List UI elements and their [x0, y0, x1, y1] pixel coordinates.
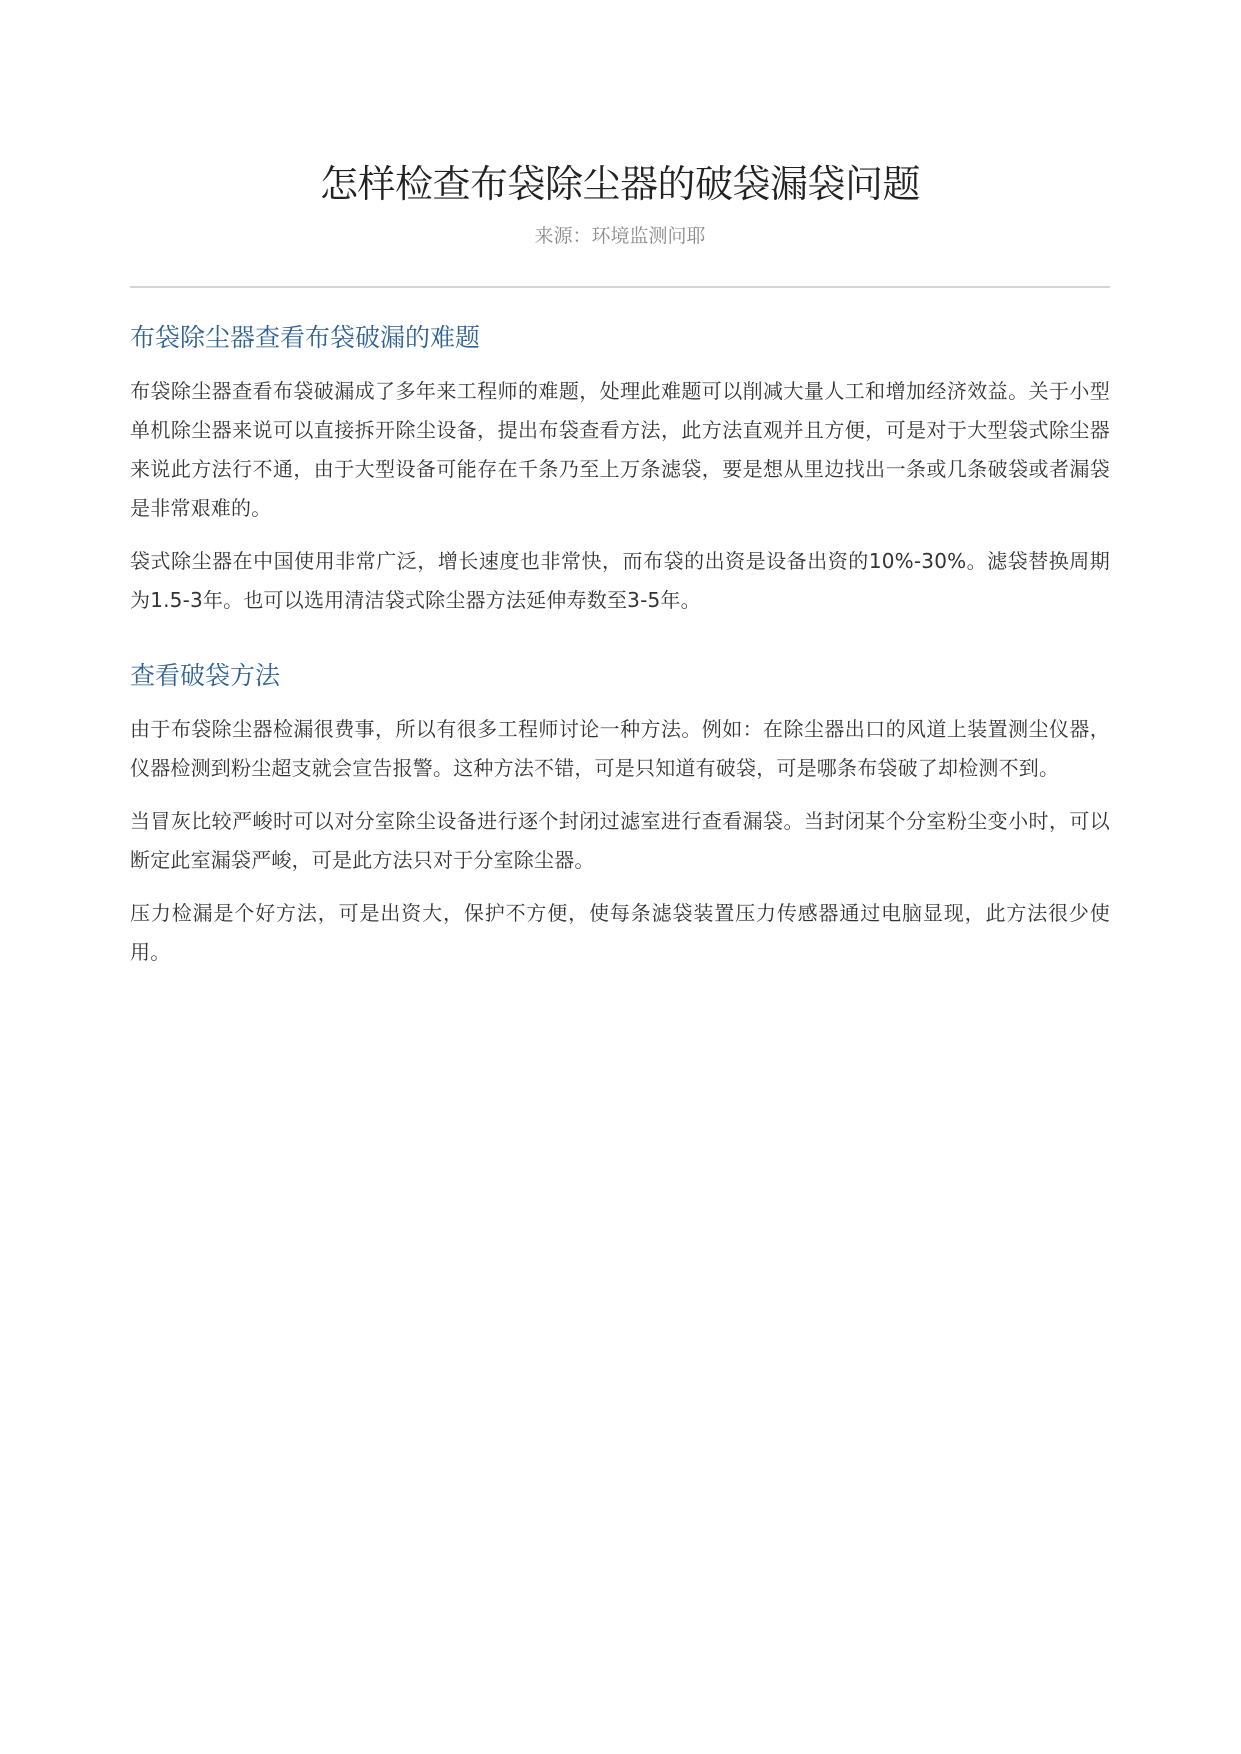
page-title: 怎样检查布袋除尘器的破袋漏袋问题 [130, 160, 1110, 208]
paragraph: 由于布袋除尘器检漏很费事，所以有很多工程师讨论一种方法。例如：在除尘器出口的风道… [130, 710, 1110, 788]
section-heading: 查看破袋方法 [130, 656, 1110, 696]
paragraph: 当冒灰比较严峻时可以对分室除尘设备进行逐个封闭过滤室进行查看漏袋。当封闭某个分室… [130, 802, 1110, 880]
section-inspection-methods: 查看破袋方法 由于布袋除尘器检漏很费事，所以有很多工程师讨论一种方法。例如：在除… [130, 656, 1110, 972]
paragraph: 布袋除尘器查看布袋破漏成了多年来工程师的难题，处理此难题可以削减大量人工和增加经… [130, 372, 1110, 528]
paragraph: 袋式除尘器在中国使用非常广泛，增长速度也非常快，而布袋的出资是设备出资的10%-… [130, 542, 1110, 620]
section-heading: 布袋除尘器查看布袋破漏的难题 [130, 318, 1110, 358]
article-body: 布袋除尘器查看布袋破漏的难题 布袋除尘器查看布袋破漏成了多年来工程师的难题，处理… [130, 318, 1110, 972]
source-line: 来源：环境监测问耶 [130, 223, 1110, 249]
section-bag-inspection-difficulty: 布袋除尘器查看布袋破漏的难题 布袋除尘器查看布袋破漏成了多年来工程师的难题，处理… [130, 318, 1110, 620]
paragraph: 压力检漏是个好方法，可是出资大，保护不方便，使每条滤袋装置压力传感器通过电脑显现… [130, 894, 1110, 972]
header-divider [130, 286, 1110, 288]
